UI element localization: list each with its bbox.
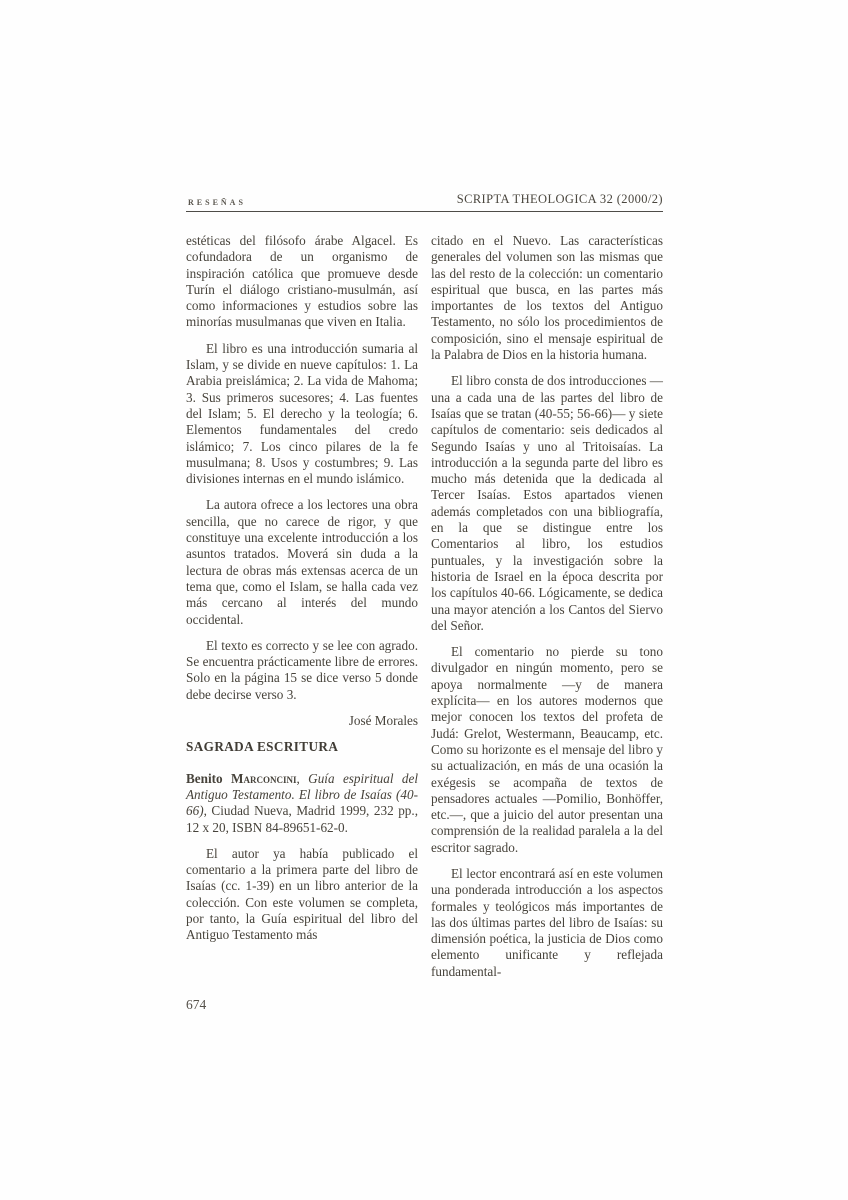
left-column: estéticas del filósofo árabe Algacel. Es…	[186, 233, 418, 990]
citation-publication-info: , Ciudad Nueva, Madrid 1999, 232 pp., 12…	[186, 803, 418, 834]
citation-author-given: Benito	[186, 771, 231, 786]
paragraph: estéticas del filósofo árabe Algacel. Es…	[186, 233, 418, 331]
two-column-body: estéticas del filósofo árabe Algacel. Es…	[186, 233, 663, 990]
page-number: 674	[186, 997, 206, 1013]
paragraph: El texto es correcto y se lee con agrado…	[186, 638, 418, 703]
section-heading: SAGRADA ESCRITURA	[186, 739, 418, 755]
scanned-journal-page: RESEÑAS SCRIPTA THEOLOGICA 32 (2000/2) e…	[0, 0, 848, 1200]
right-column: citado en el Nuevo. Las características …	[431, 233, 663, 990]
running-head-section: RESEÑAS	[186, 198, 246, 207]
paragraph: El libro es una introducción sumaria al …	[186, 341, 418, 488]
paragraph: El comentario no pierde su tono divulgad…	[431, 644, 663, 856]
paragraph: El autor ya había publicado el comentari…	[186, 846, 418, 944]
citation-author-surname: Marconcini	[231, 771, 296, 786]
paragraph: La autora ofrece a los lectores una obra…	[186, 497, 418, 627]
page-content: RESEÑAS SCRIPTA THEOLOGICA 32 (2000/2) e…	[186, 192, 663, 990]
paragraph: El libro consta de dos introducciones —u…	[431, 373, 663, 634]
book-citation: Benito Marconcini, Guía espiritual del A…	[186, 771, 418, 836]
citation-separator: ,	[296, 771, 308, 786]
reviewer-signature: José Morales	[186, 713, 418, 729]
running-head-journal: SCRIPTA THEOLOGICA 32 (2000/2)	[457, 192, 663, 207]
paragraph: citado en el Nuevo. Las características …	[431, 233, 663, 363]
page-header: RESEÑAS SCRIPTA THEOLOGICA 32 (2000/2)	[186, 192, 663, 212]
paragraph: El lector encontrará así en este volumen…	[431, 866, 663, 980]
